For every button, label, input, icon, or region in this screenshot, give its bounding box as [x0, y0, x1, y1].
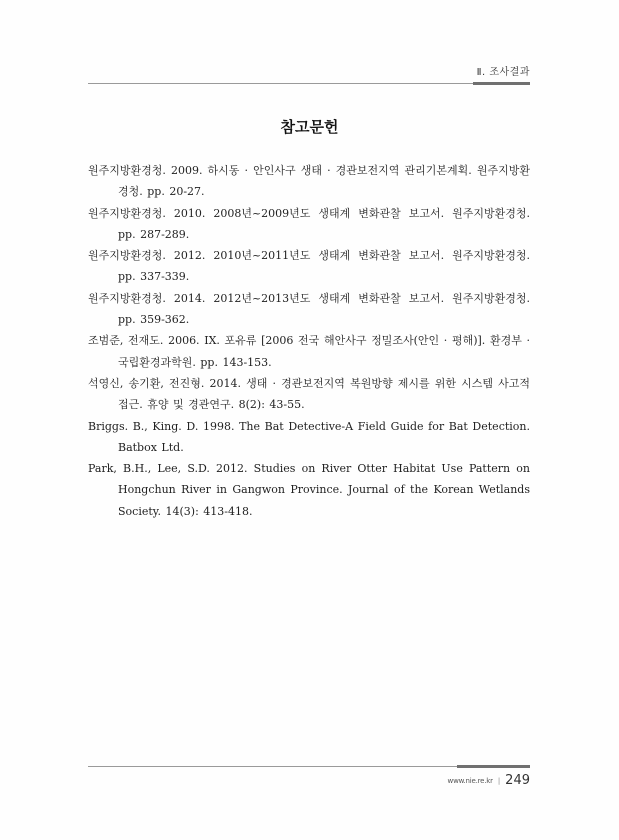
- header-divider: [88, 83, 530, 84]
- reference-item: 원주지방환경청. 2014. 2012년~2013년도 생태계 변화관찰 보고서…: [88, 288, 530, 331]
- footer-url: www.nie.re.kr: [448, 777, 493, 785]
- page-number: 249: [505, 773, 530, 788]
- reference-item: Briggs. B., King. D. 1998. The Bat Detec…: [88, 416, 530, 459]
- reference-item: 석영신, 송기환, 전진형. 2014. 생태 · 경관보전지역 복원방향 제시…: [88, 373, 530, 416]
- section-label: Ⅱ. 조사결과: [477, 63, 530, 78]
- page-title: 참고문헌: [0, 116, 619, 137]
- page-footer: www.nie.re.kr | 249: [448, 773, 530, 788]
- reference-item: 조범준, 전재도. 2006. IX. 포유류 [2006 전국 해안사구 정밀…: [88, 330, 530, 373]
- reference-item: 원주지방환경청. 2009. 하시동 · 안인사구 생태 · 경관보전지역 관리…: [88, 160, 530, 203]
- footer-separator: |: [498, 777, 500, 785]
- reference-item: 원주지방환경청. 2012. 2010년~2011년도 생태계 변화관찰 보고서…: [88, 245, 530, 288]
- footer-accent-bar: [457, 765, 530, 768]
- reference-list: 원주지방환경청. 2009. 하시동 · 안인사구 생태 · 경관보전지역 관리…: [88, 160, 530, 522]
- reference-item: Park, B.H., Lee, S.D. 2012. Studies on R…: [88, 458, 530, 522]
- reference-item: 원주지방환경청. 2010. 2008년~2009년도 생태계 변화관찰 보고서…: [88, 203, 530, 246]
- header-accent-bar: [473, 82, 530, 85]
